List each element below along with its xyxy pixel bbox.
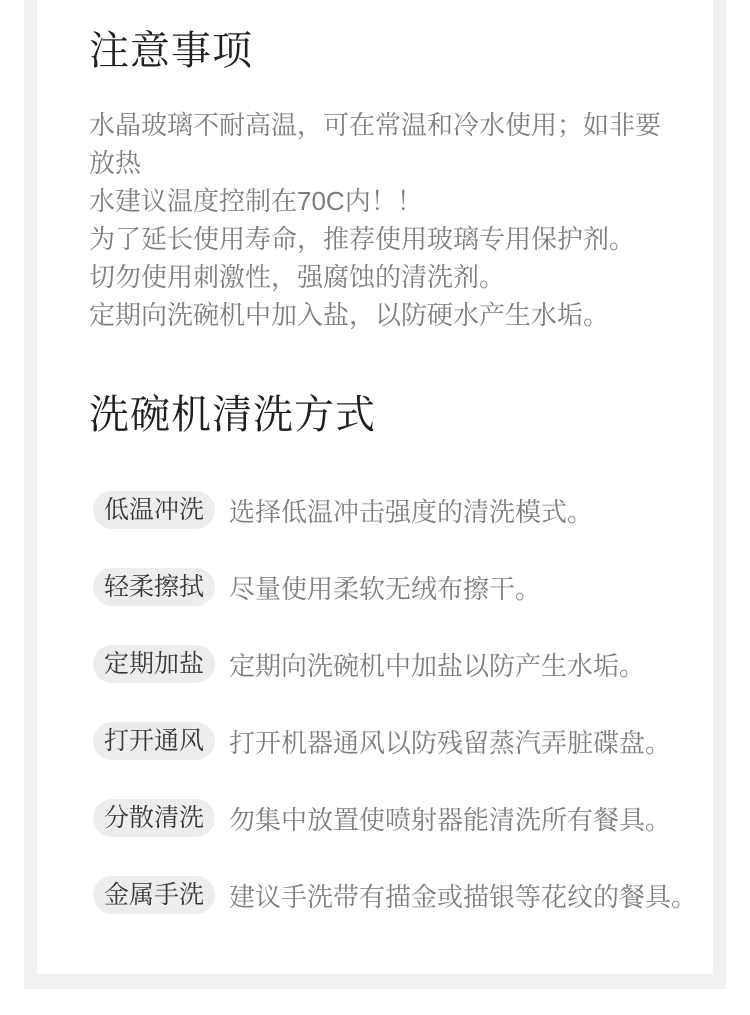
method-desc: 选择低温冲击强度的清洗模式。	[229, 492, 593, 529]
method-item: 打开通风 打开机器通风以防残留蒸汽弄脏碟盘。	[89, 722, 673, 760]
methods-section-title: 洗碗机清洗方式	[89, 390, 673, 440]
method-tag: 轻柔擦拭	[93, 568, 215, 606]
notice-section-title: 注意事项	[89, 26, 673, 76]
method-item: 金属手洗 建议手洗带有描金或描银等花纹的餐具。	[89, 876, 673, 914]
notice-line: 水建议温度控制在70C内！！	[89, 182, 673, 220]
product-detail-page: 注意事项 水晶玻璃不耐高温，可在常温和冷水使用；如非要放热 水建议温度控制在70…	[0, 0, 750, 1015]
method-list: 低温冲洗 选择低温冲击强度的清洗模式。 轻柔擦拭 尽量使用柔软无绒布擦干。 定期…	[89, 491, 673, 914]
method-desc: 打开机器通风以防残留蒸汽弄脏碟盘。	[229, 723, 671, 760]
method-item: 定期加盐 定期向洗碗机中加盐以防产生水垢。	[89, 645, 673, 683]
method-item: 分散清洗 勿集中放置使喷射器能清洗所有餐具。	[89, 799, 673, 837]
method-item: 轻柔擦拭 尽量使用柔软无绒布擦干。	[89, 568, 673, 606]
method-desc: 尽量使用柔软无绒布擦干。	[229, 569, 541, 606]
notice-line: 为了延长使用寿命，推荐使用玻璃专用保护剂。	[89, 220, 673, 258]
notice-line: 切勿使用刺激性，强腐蚀的清洗剂。	[89, 258, 673, 296]
method-tag: 定期加盐	[93, 645, 215, 683]
method-desc: 建议手洗带有描金或描银等花纹的餐具。	[229, 877, 697, 914]
method-tag: 低温冲洗	[93, 491, 215, 529]
notice-paragraph: 水晶玻璃不耐高温，可在常温和冷水使用；如非要放热 水建议温度控制在70C内！！ …	[89, 106, 673, 334]
notice-line: 水晶玻璃不耐高温，可在常温和冷水使用；如非要放热	[89, 106, 673, 182]
method-tag: 金属手洗	[93, 876, 215, 914]
card-content: 注意事项 水晶玻璃不耐高温，可在常温和冷水使用；如非要放热 水建议温度控制在70…	[37, 0, 713, 914]
method-tag: 分散清洗	[93, 799, 215, 837]
method-tag: 打开通风	[93, 722, 215, 760]
method-item: 低温冲洗 选择低温冲击强度的清洗模式。	[89, 491, 673, 529]
method-desc: 定期向洗碗机中加盐以防产生水垢。	[229, 646, 645, 683]
method-desc: 勿集中放置使喷射器能清洗所有餐具。	[229, 800, 671, 837]
notice-line: 定期向洗碗机中加入盐，以防硬水产生水垢。	[89, 296, 673, 334]
content-card: 注意事项 水晶玻璃不耐高温，可在常温和冷水使用；如非要放热 水建议温度控制在70…	[24, 0, 726, 989]
